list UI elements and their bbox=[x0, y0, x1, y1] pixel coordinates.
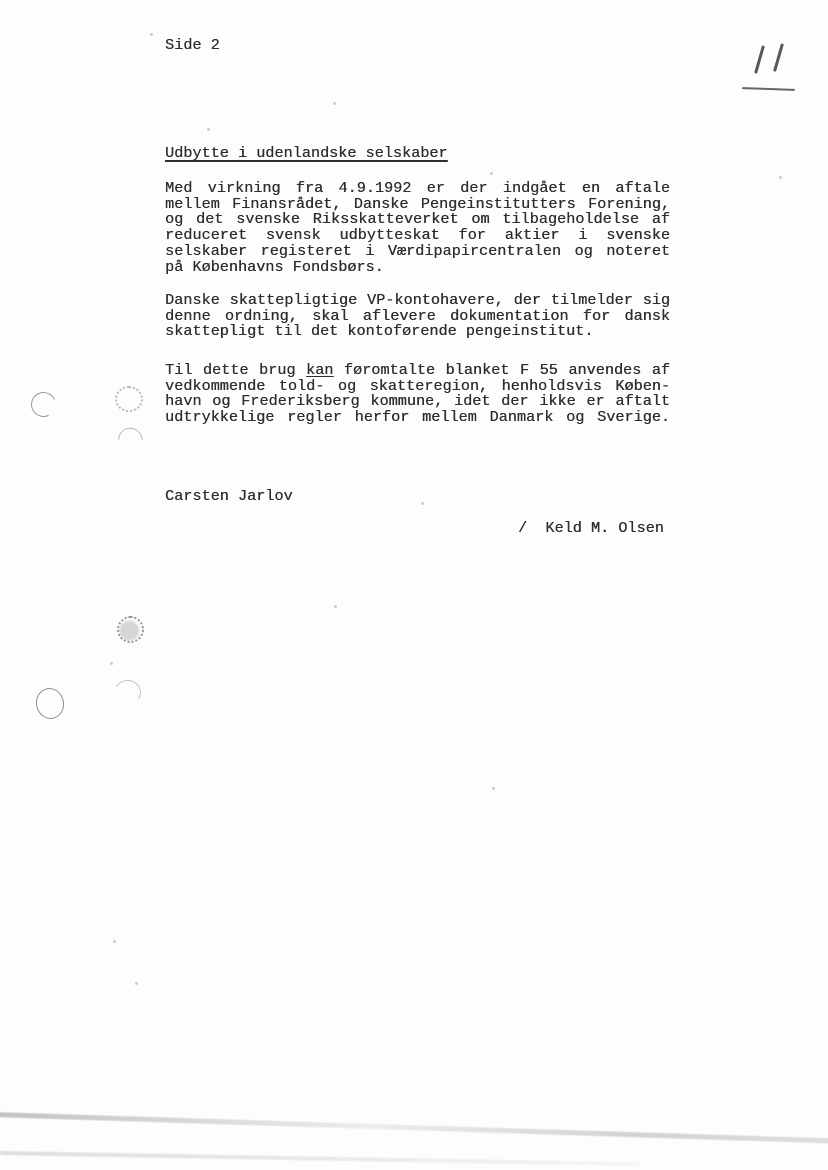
noise-dot bbox=[490, 172, 493, 175]
text-line: skattepligt til det kontoførende pengein… bbox=[165, 324, 670, 340]
scan-streak bbox=[0, 1112, 828, 1144]
noise-dot bbox=[150, 33, 153, 36]
paragraph-vp-account-holders: Danske skattepligtige VP-kontohavere, de… bbox=[165, 293, 670, 340]
countersignature-name: / Keld M. Olsen bbox=[518, 521, 664, 537]
noise-dot bbox=[207, 128, 210, 131]
scanned-document-page: Side 2 11 Udbytte i udenlandske selskabe… bbox=[0, 0, 828, 1170]
pen-stroke-icon bbox=[773, 43, 783, 72]
noise-dot bbox=[492, 787, 495, 790]
smudge-oval-ring bbox=[33, 685, 67, 721]
noise-dot bbox=[333, 102, 336, 105]
smudge-arc bbox=[111, 677, 144, 709]
pen-underline bbox=[742, 87, 795, 91]
smudge-stipple-spot bbox=[117, 616, 144, 643]
paragraph-agreement: Med virkning fra 4.9.1992 er der indgået… bbox=[165, 181, 670, 275]
smudge-ring bbox=[27, 388, 59, 420]
noise-dot bbox=[779, 176, 782, 179]
noise-dot bbox=[113, 940, 116, 943]
noise-dot bbox=[334, 605, 337, 608]
scan-streak bbox=[0, 1151, 640, 1166]
noise-dot bbox=[421, 502, 424, 505]
signature-name: Carsten Jarlov bbox=[165, 489, 293, 505]
pen-stroke-icon bbox=[754, 45, 764, 74]
section-heading: Udbytte i udenlandske selskaber bbox=[165, 146, 448, 162]
smudge-arc bbox=[113, 423, 148, 458]
page-number-label: Side 2 bbox=[165, 38, 220, 54]
text-line: på Københavns Fondsbørs. bbox=[165, 260, 670, 276]
noise-dot bbox=[110, 662, 113, 665]
smudge-stipple-ring bbox=[115, 386, 143, 412]
text-line: udtrykkelige regler herfor mellem Danmar… bbox=[165, 410, 670, 426]
paragraph-blanket-f55: Til dette brug kan føromtalte blanket F … bbox=[165, 363, 670, 426]
noise-dot bbox=[135, 982, 138, 985]
handwritten-page-number: 11 bbox=[742, 40, 804, 98]
